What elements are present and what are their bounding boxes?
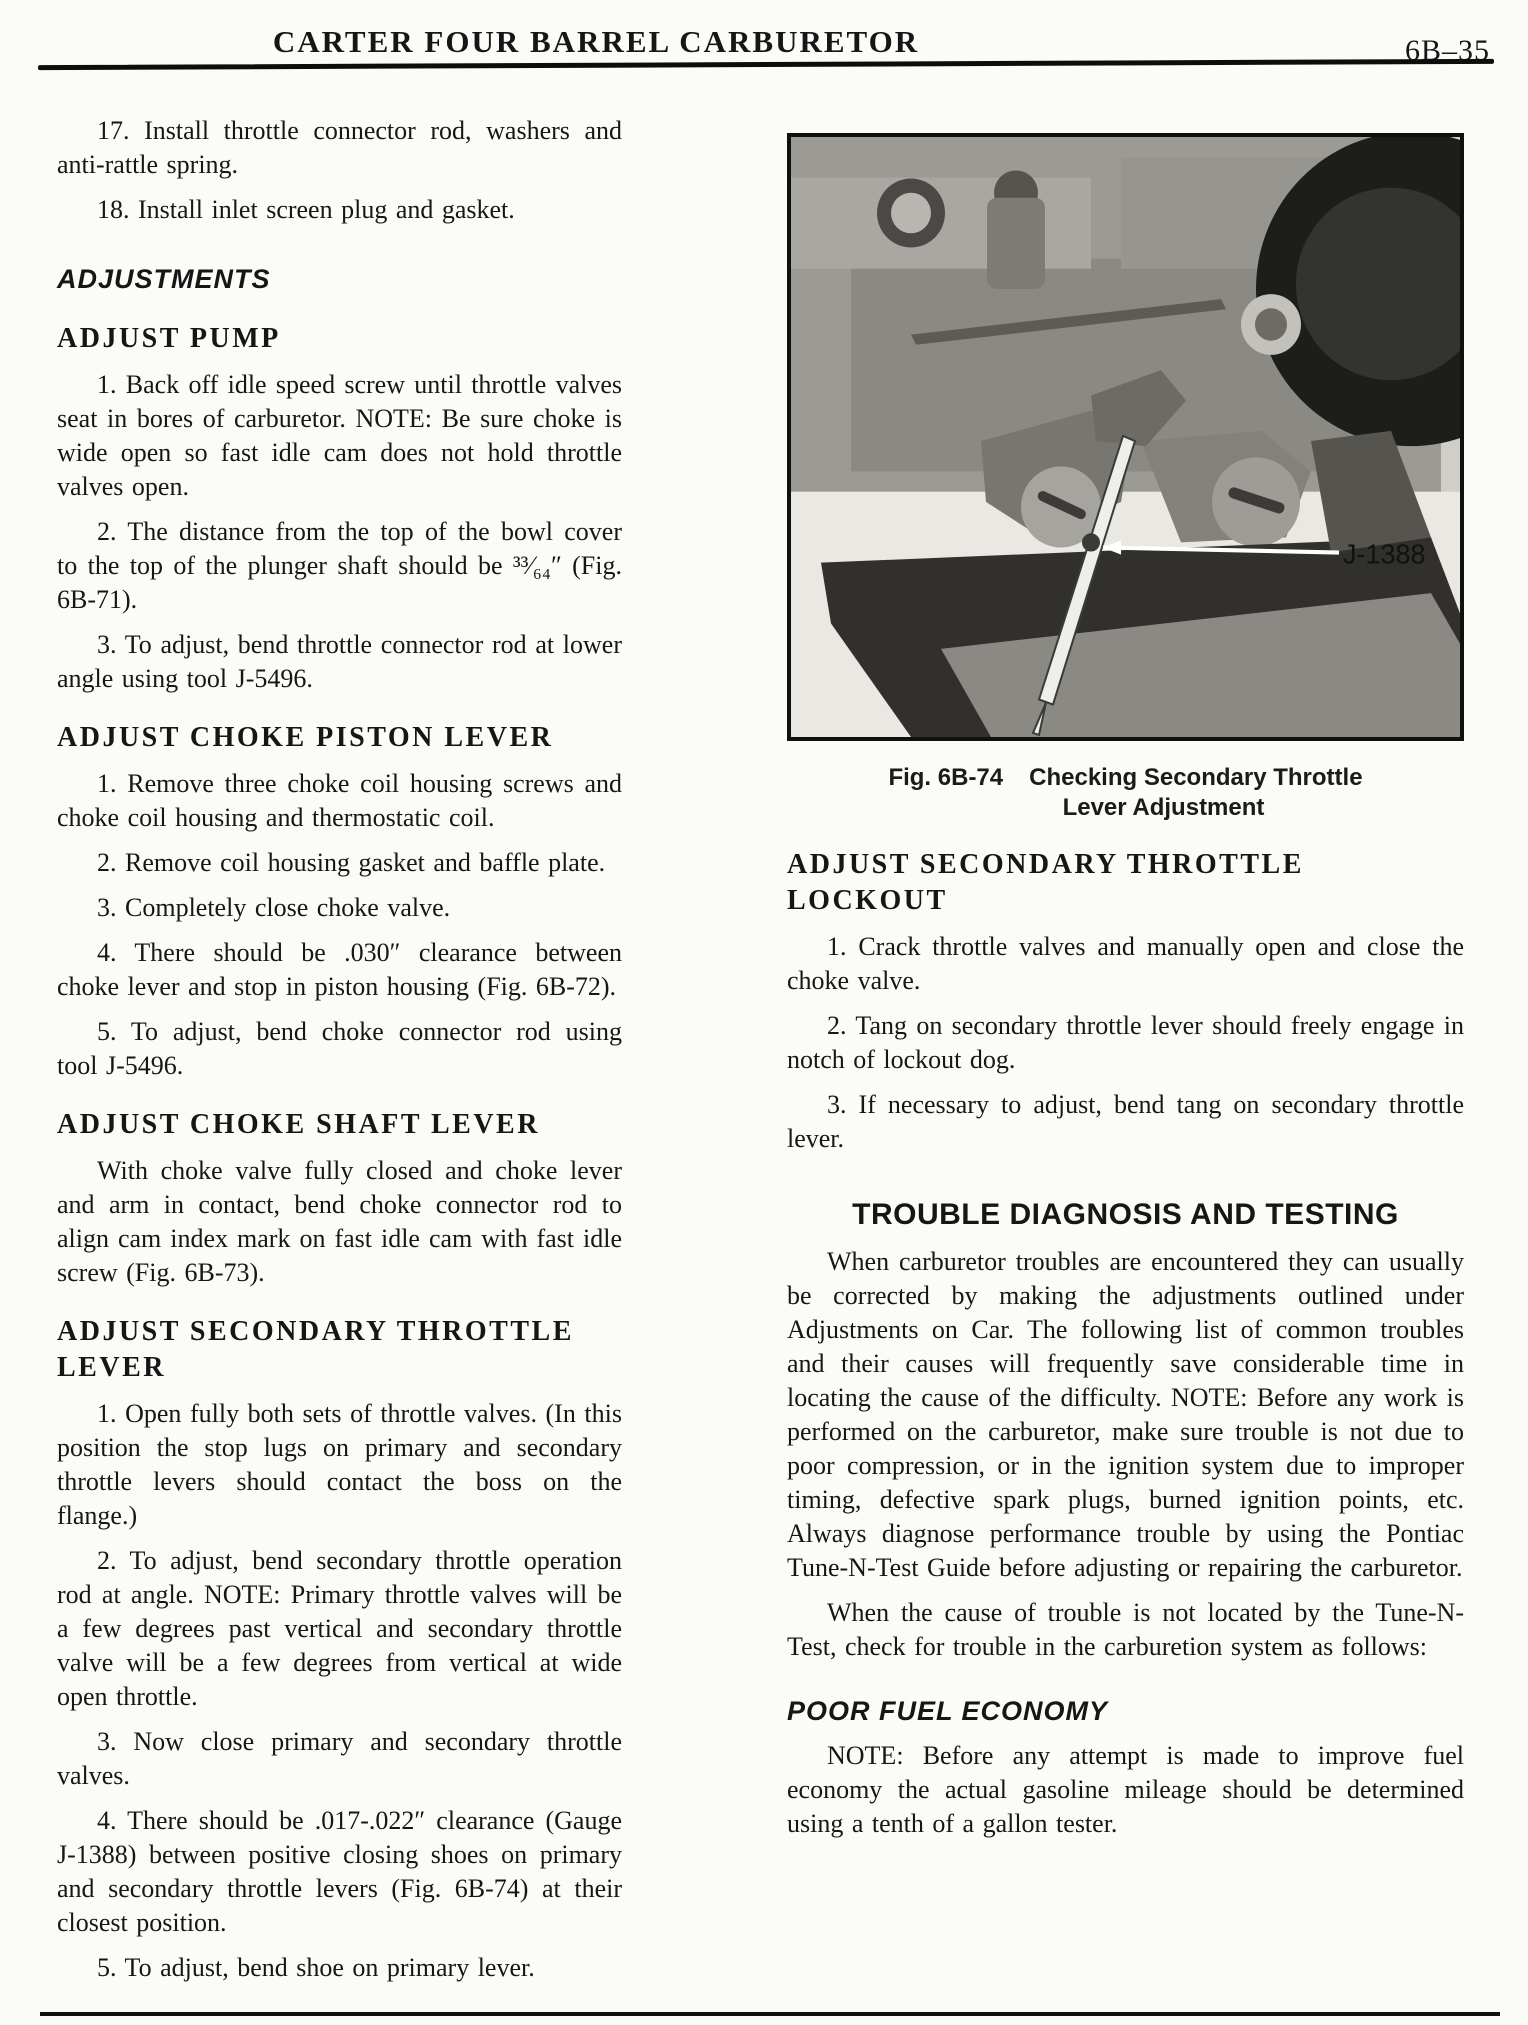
- section-heading-adjust-pump: ADJUST PUMP: [57, 321, 622, 357]
- tool-callout-label: J-1388: [1343, 539, 1426, 570]
- step-item: 1. Open fully both sets of throttle valv…: [57, 1397, 622, 1533]
- photo-shapes: [791, 137, 1460, 737]
- step-item: 17. Install throttle connector rod, wash…: [57, 114, 622, 182]
- step-item: 2. To adjust, bend secondary throttle op…: [57, 1544, 622, 1714]
- step-item: 3. If necessary to adjust, bend tang on …: [787, 1088, 1464, 1156]
- step-item: 18. Install inlet screen plug and gasket…: [57, 193, 622, 227]
- figure-caption-fig-label: Fig. 6B-74: [888, 764, 1003, 791]
- adjustments-heading: ADJUSTMENTS: [57, 261, 622, 297]
- figure-caption-line1: Fig. 6B-74Checking Secondary Throttle: [787, 763, 1464, 793]
- section-heading-secondary-throttle-lockout: ADJUST SECONDARY THROTTLE LOCKOUT: [787, 847, 1464, 919]
- page-header: CARTER FOUR BARREL CARBURETOR 6B–35: [0, 24, 1528, 64]
- paragraph: When the cause of trouble is not located…: [787, 1596, 1464, 1664]
- section-heading-choke-piston-lever: ADJUST CHOKE PISTON LEVER: [57, 720, 622, 756]
- section-heading-trouble-diagnosis: TROUBLE DIAGNOSIS AND TESTING: [787, 1196, 1464, 1234]
- step-item: 1. Crack throttle valves and manually op…: [787, 930, 1464, 998]
- paragraph: When carburetor troubles are encountered…: [787, 1245, 1464, 1585]
- step-item: 3. Completely close choke valve.: [57, 891, 622, 925]
- step-item: 4. There should be .030″ clearance betwe…: [57, 936, 622, 1004]
- step-item: 3. To adjust, bend throttle connector ro…: [57, 628, 622, 696]
- paragraph: With choke valve fully closed and choke …: [57, 1154, 622, 1290]
- step-item: 1. Back off idle speed screw until throt…: [57, 368, 622, 504]
- figure-caption-title: Checking Secondary Throttle: [1029, 764, 1362, 791]
- step-item: 2. The distance from the top of the bowl…: [57, 515, 622, 617]
- step-item: 3. Now close primary and secondary throt…: [57, 1725, 622, 1793]
- paragraph: NOTE: Before any attempt is made to impr…: [787, 1739, 1464, 1841]
- two-column-layout: 17. Install throttle connector rod, wash…: [57, 103, 1464, 1985]
- section-heading-poor-fuel-economy: POOR FUEL ECONOMY: [787, 1694, 1464, 1728]
- carburetor-photo-illustration: J-1388: [791, 137, 1460, 737]
- left-column: 17. Install throttle connector rod, wash…: [57, 103, 622, 1985]
- manual-page: CARTER FOUR BARREL CARBURETOR 6B–35 17. …: [0, 0, 1528, 2025]
- step-item: 1. Remove three choke coil housing screw…: [57, 767, 622, 835]
- step-item: 4. There should be .017-.022″ clearance …: [57, 1804, 622, 1940]
- figure-caption-line2: Lever Adjustment: [825, 793, 1502, 823]
- section-heading-choke-shaft-lever: ADJUST CHOKE SHAFT LEVER: [57, 1107, 622, 1143]
- right-column: J-1388 Fig. 6B-74Checking Secondary Thro…: [787, 103, 1464, 1841]
- step-item: 2. Remove coil housing gasket and baffle…: [57, 846, 622, 880]
- step-item: 2. Tang on secondary throttle lever shou…: [787, 1009, 1464, 1077]
- figure-6b-74: J-1388: [787, 133, 1464, 741]
- step-item: 5. To adjust, bend shoe on primary lever…: [57, 1951, 622, 1985]
- step-item: 5. To adjust, bend choke connector rod u…: [57, 1015, 622, 1083]
- footer-divider: [40, 2012, 1500, 2016]
- section-heading-secondary-throttle-lever: ADJUST SECONDARY THROTTLE LEVER: [57, 1314, 622, 1386]
- page-title: CARTER FOUR BARREL CARBURETOR: [0, 24, 1360, 60]
- figure-caption: Fig. 6B-74Checking Secondary Throttle Le…: [787, 763, 1464, 823]
